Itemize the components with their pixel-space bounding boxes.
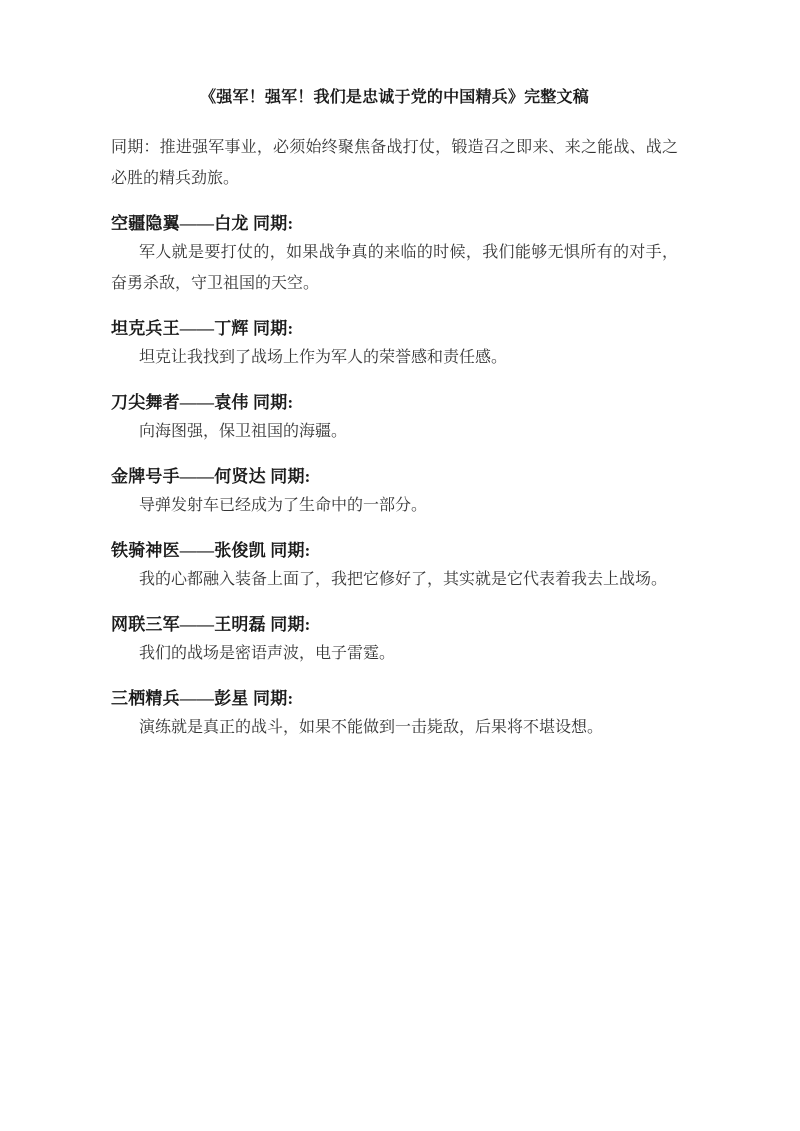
section-sanqi-jingbing: 三栖精兵——彭星 同期: 演练就是真正的战斗，如果不能做到一击毙敌，后果将不堪设… <box>111 686 678 743</box>
document-page: 《强军！强军！我们是忠诚于党的中国精兵》完整文稿 同期：推进强军事业，必须始终聚… <box>0 0 800 1131</box>
section-jinpai-haoshou: 金牌号手——何贤达 同期: 导弹发射车已经成为了生命中的一部分。 <box>111 464 678 521</box>
section-kongjiang-yinyi: 空疆隐翼——白龙 同期: 军人就是要打仗的，如果战争真的来临的时候，我们能够无惧… <box>111 211 678 299</box>
section-daojian-wuzhe: 刀尖舞者——袁伟 同期: 向海图强，保卫祖国的海疆。 <box>111 390 678 447</box>
section-heading: 铁骑神医——张俊凯 同期: <box>111 538 678 564</box>
section-body: 演练就是真正的战斗，如果不能做到一击毙敌，后果将不堪设想。 <box>111 712 678 743</box>
section-body: 导弹发射车已经成为了生命中的一部分。 <box>111 490 678 521</box>
section-heading: 刀尖舞者——袁伟 同期: <box>111 390 678 416</box>
section-body: 我们的战场是密语声波，电子雷霆。 <box>111 638 678 669</box>
section-tieqi-shenyi: 铁骑神医——张俊凯 同期: 我的心都融入装备上面了，我把它修好了，其实就是它代表… <box>111 538 678 595</box>
section-heading: 坦克兵王——丁辉 同期: <box>111 316 678 342</box>
section-heading: 金牌号手——何贤达 同期: <box>111 464 678 490</box>
section-heading: 空疆隐翼——白龙 同期: <box>111 211 678 237</box>
document-title: 《强军！强军！我们是忠诚于党的中国精兵》完整文稿 <box>111 83 678 113</box>
section-wanglian-sanjun: 网联三军——王明磊 同期: 我们的战场是密语声波，电子雷霆。 <box>111 612 678 669</box>
section-body: 向海图强，保卫祖国的海疆。 <box>111 416 678 447</box>
section-body: 坦克让我找到了战场上作为军人的荣誉感和责任感。 <box>111 342 678 373</box>
section-body: 军人就是要打仗的，如果战争真的来临的时候，我们能够无惧所有的对手，奋勇杀敌，守卫… <box>111 237 678 299</box>
lead-paragraph: 同期：推进强军事业，必须始终聚焦备战打仗，锻造召之即来、来之能战、战之必胜的精兵… <box>111 132 678 194</box>
section-heading: 网联三军——王明磊 同期: <box>111 612 678 638</box>
section-tanke-bingwang: 坦克兵王——丁辉 同期: 坦克让我找到了战场上作为军人的荣誉感和责任感。 <box>111 316 678 373</box>
section-body: 我的心都融入装备上面了，我把它修好了，其实就是它代表着我去上战场。 <box>111 564 678 595</box>
section-heading: 三栖精兵——彭星 同期: <box>111 686 678 712</box>
